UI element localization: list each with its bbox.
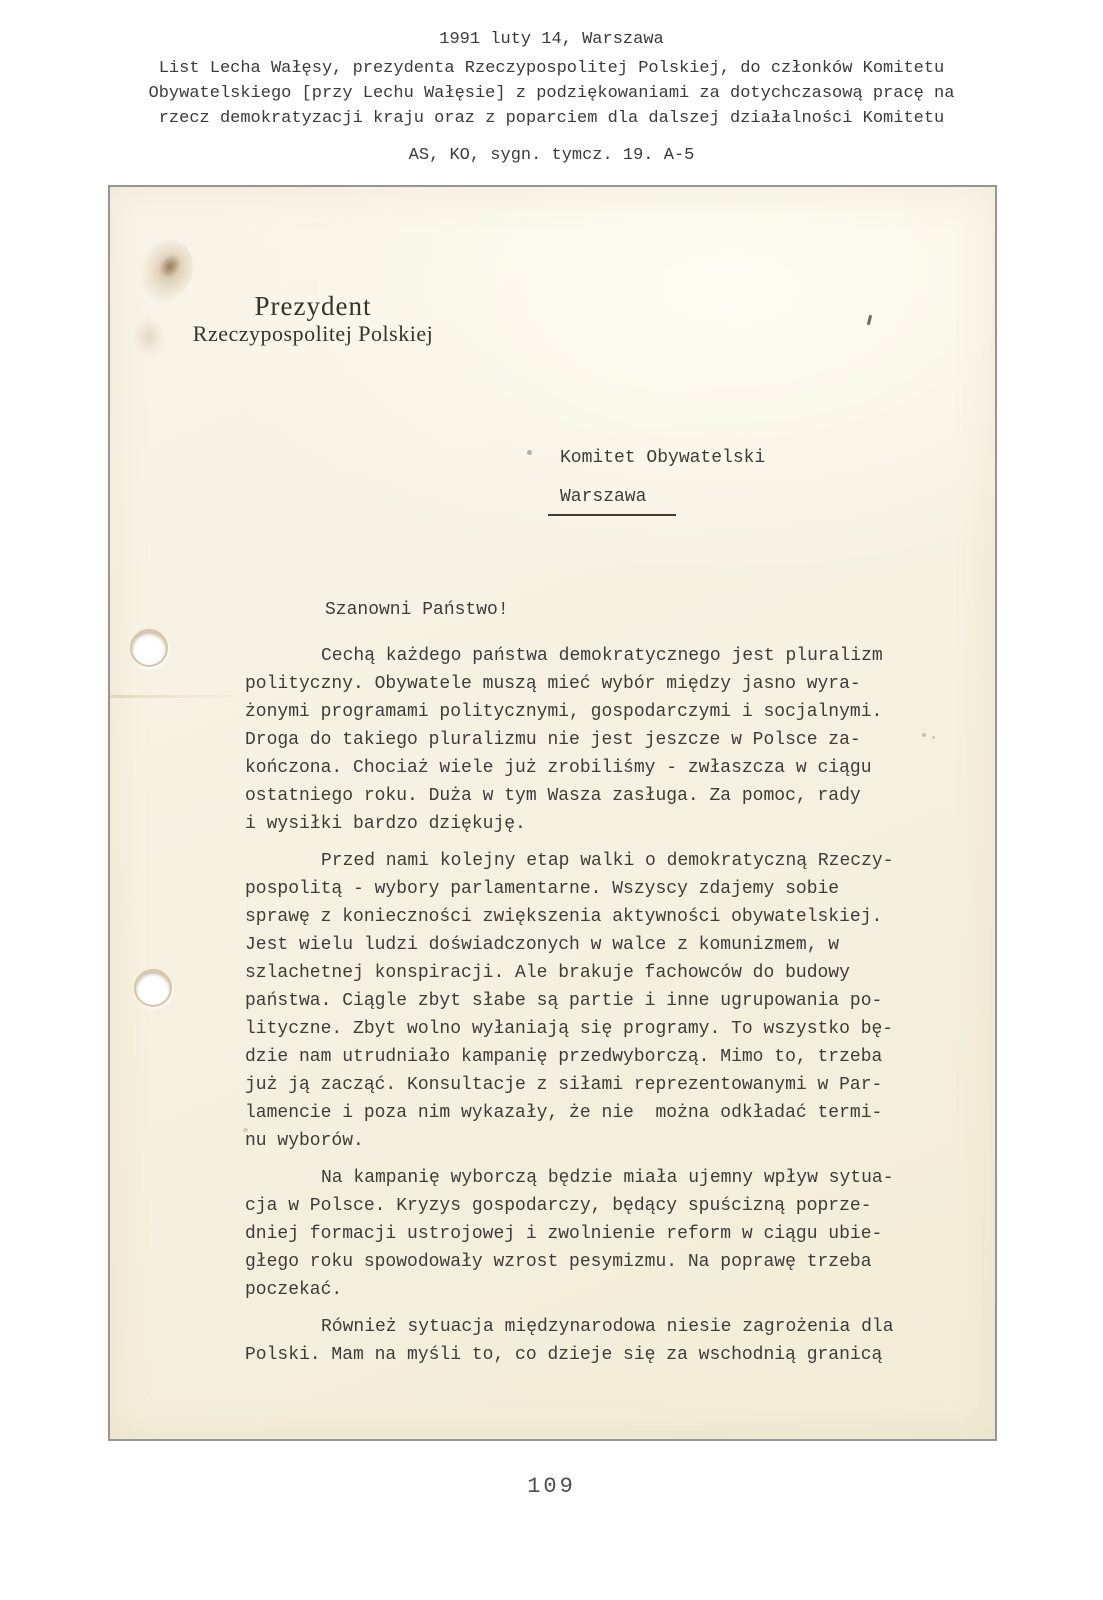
page-number: 109 — [0, 1474, 1103, 1499]
letter-paragraph: Również sytuacja międzynarodowa niesie z… — [245, 1313, 955, 1369]
hole-punch — [134, 969, 172, 1007]
recipient-city-wrap: Warszawa — [560, 486, 765, 516]
letterhead-subtitle: Rzeczypospolitej Polskiej — [168, 321, 458, 347]
letterhead-title: Prezydent — [168, 291, 458, 321]
recipient-name: Komitet Obywatelski — [560, 447, 765, 469]
archive-reference: AS, KO, sygn. tymcz. 19. A-5 — [0, 145, 1103, 167]
letter-paragraph: Na kampanię wyborczą będzie miała ujemny… — [245, 1164, 955, 1304]
paper-speck — [527, 450, 532, 455]
hole-punch — [130, 629, 168, 667]
transcription-header: 1991 luty 14, Warszawa List Lecha Wałęsy… — [0, 28, 1103, 167]
letter-paragraph: Przed nami kolejny etap walki o demokrat… — [245, 847, 955, 1155]
scanned-letter: Prezydent Rzeczypospolitej Polskiej Komi… — [108, 185, 997, 1441]
recipient-block: Komitet Obywatelski Warszawa — [560, 447, 765, 516]
document-date-line: 1991 luty 14, Warszawa — [0, 28, 1103, 52]
paper-stain — [132, 317, 166, 357]
recipient-city: Warszawa — [548, 486, 676, 516]
document-description: List Lecha Wałęsy, prezydenta Rzeczyposp… — [0, 56, 1103, 131]
paper-crease — [110, 695, 250, 698]
letterhead: Prezydent Rzeczypospolitej Polskiej — [168, 291, 458, 347]
salutation: Szanowni Państwo! — [325, 599, 509, 621]
document-page: 1991 luty 14, Warszawa List Lecha Wałęsy… — [0, 0, 1103, 1600]
letter-body: Cechą każdego państwa demokratycznego je… — [245, 642, 955, 1378]
letter-paragraph: Cechą każdego państwa demokratycznego je… — [245, 642, 955, 838]
pen-tick-mark — [867, 315, 872, 325]
